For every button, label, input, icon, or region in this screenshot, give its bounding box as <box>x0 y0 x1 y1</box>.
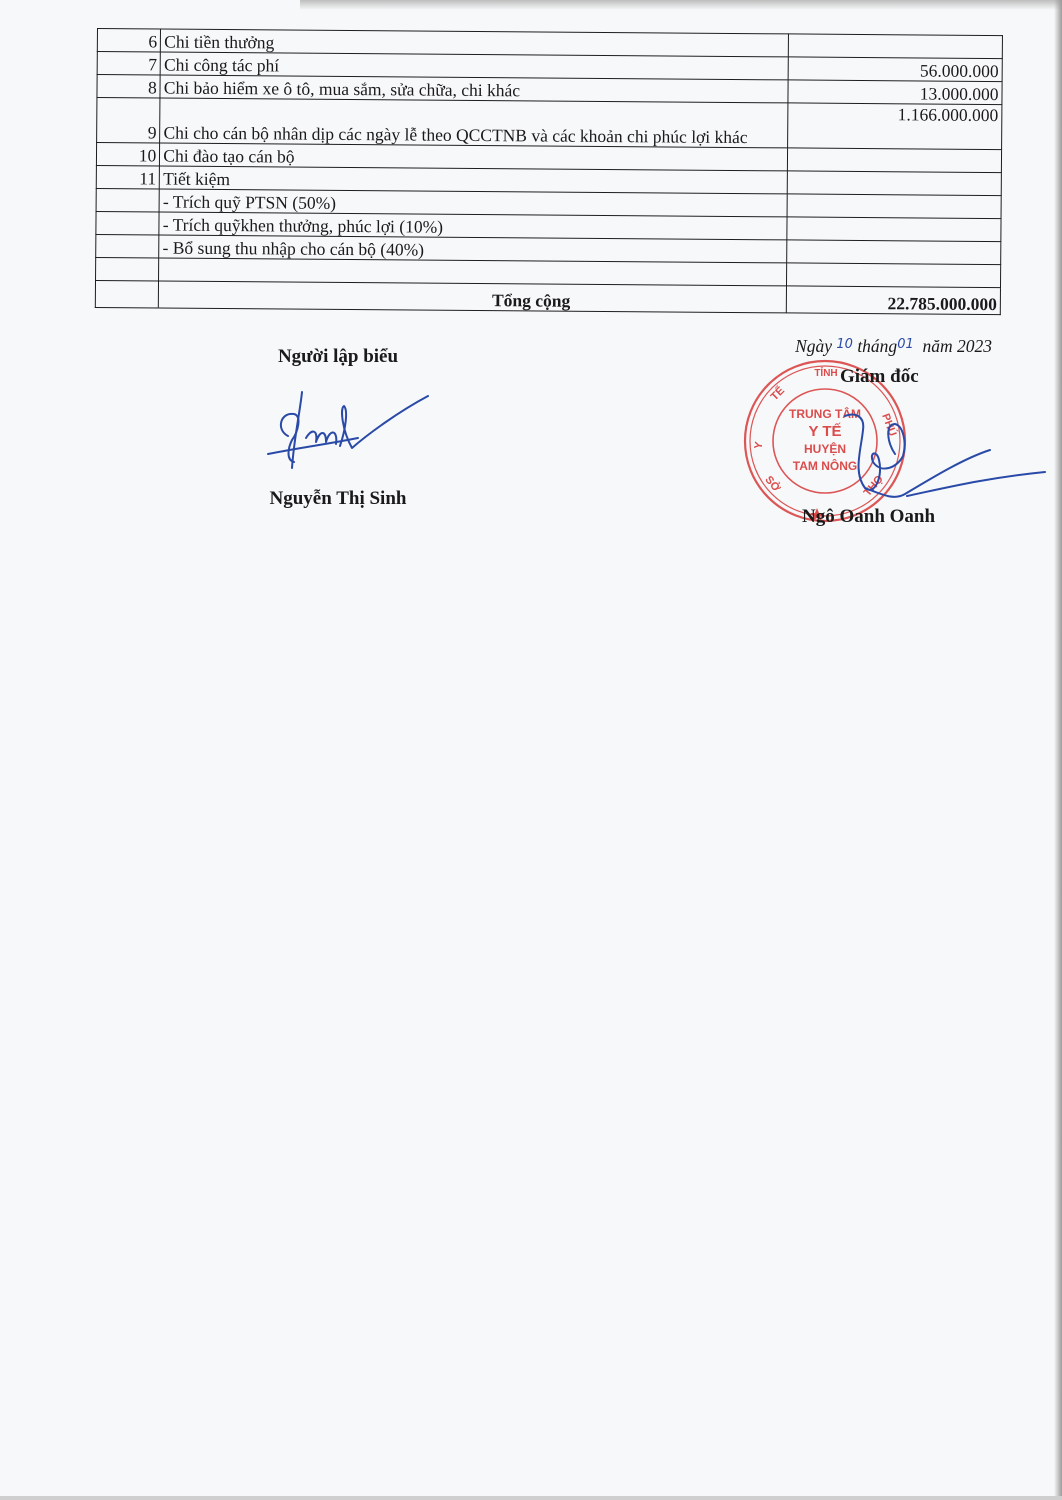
date-month-handwritten: 01 <box>897 337 914 352</box>
row-number: 6 <box>97 29 160 52</box>
row-number: 9 <box>97 98 161 143</box>
seal-ring-text: Y <box>752 440 765 450</box>
row-amount <box>787 240 1001 265</box>
row-amount <box>787 217 1001 242</box>
handwritten-signature-icon <box>228 368 448 488</box>
budget-table: 6 Chi tiền thưởng 7 Chi công tác phí 56.… <box>95 28 1003 315</box>
row-amount <box>787 263 1001 288</box>
row-number: 8 <box>97 75 160 98</box>
table-row: 9 Chi cho cán bộ nhân dịp các ngày lễ th… <box>97 98 1002 150</box>
scan-edge-right <box>1054 0 1062 1500</box>
date-day-handwritten: 10 <box>836 337 853 352</box>
row-description: Chi cho cán bộ nhân dịp các ngày lễ theo… <box>160 98 788 148</box>
seal-ring-text: SỞ <box>762 473 783 495</box>
row-amount <box>788 148 1002 173</box>
director-name: Ngô Oanh Oanh <box>802 506 935 528</box>
preparer-signature <box>228 368 448 488</box>
row-number <box>96 257 159 280</box>
row-amount: 13.000.000 <box>788 80 1002 105</box>
row-number: 11 <box>96 165 159 188</box>
row-number <box>96 234 159 257</box>
date-month-word: tháng <box>857 336 897 356</box>
row-number <box>96 211 159 234</box>
scan-edge-bottom <box>0 1496 1062 1500</box>
preparer-title: Người lập biểu <box>228 346 448 368</box>
seal-ring-text: TỈNH <box>814 366 837 379</box>
date-prefix: Ngày <box>795 336 832 356</box>
total-amount: 22.785.000.000 <box>787 286 1001 315</box>
scan-shadow-top <box>300 0 1062 10</box>
preparer-signature-block: Người lập biểu Nguyễn Thị Sinh <box>228 340 448 510</box>
row-amount: 56.000.000 <box>788 57 1002 82</box>
row-number <box>96 188 159 211</box>
row-number: 7 <box>97 52 160 75</box>
director-title: Giám đốc <box>840 366 919 388</box>
signing-date: Ngày 10 tháng01 năm 2023 <box>740 336 1020 357</box>
row-amount <box>789 34 1003 59</box>
total-spacer <box>95 280 159 307</box>
budget-table-container: 6 Chi tiền thưởng 7 Chi công tác phí 56.… <box>95 28 1003 315</box>
preparer-name: Nguyễn Thị Sinh <box>228 488 448 510</box>
seal-ring-text: TẾ <box>768 384 787 403</box>
total-label: Tổng cộng <box>159 281 787 313</box>
row-amount <box>787 194 1001 219</box>
director-handwritten-signature-icon <box>825 396 1055 516</box>
row-number: 10 <box>96 143 159 166</box>
row-amount <box>787 171 1001 196</box>
total-row: Tổng cộng 22.785.000.000 <box>95 280 1000 314</box>
date-year-word: năm <box>922 336 952 356</box>
row-amount: 1.166.000.000 <box>788 103 1002 150</box>
date-year: 2023 <box>957 336 992 356</box>
director-signature-block: Ngày 10 tháng01 năm 2023 Y TẾ TỈNH PHÚ T… <box>740 336 1020 357</box>
